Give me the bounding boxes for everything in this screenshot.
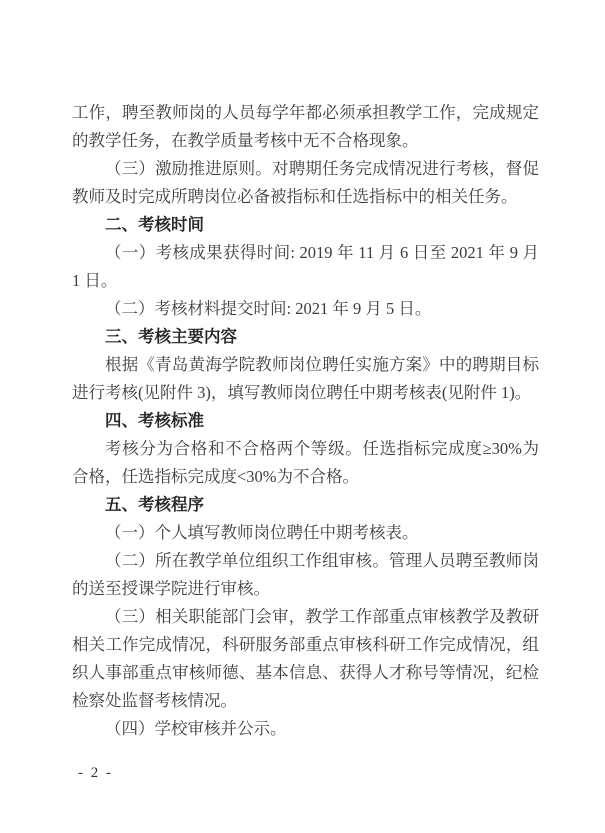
paragraph: 根据《青岛黄海学院教师岗位聘任实施方案》中的聘期目标进行考核(见附件 3)，填写… — [72, 351, 539, 407]
section-heading: 二、考核时间 — [72, 211, 539, 239]
document-body: 工作，聘至教师岗的人员每学年都必须承担教学工作，完成规定的教学任务，在教学质量考… — [72, 99, 539, 743]
page-number: - 2 - — [78, 765, 113, 782]
paragraph: （一）个人填写教师岗位聘任中期考核表。 — [72, 519, 539, 547]
paragraph: 工作，聘至教师岗的人员每学年都必须承担教学工作，完成规定的教学任务，在教学质量考… — [72, 99, 539, 155]
paragraph: （三）激励推进原则。对聘期任务完成情况进行考核，督促教师及时完成所聘岗位必备被指… — [72, 155, 539, 211]
paragraph: （二）所在教学单位组织工作组审核。管理人员聘至教师岗的送至授课学院进行审核。 — [72, 547, 539, 603]
section-heading: 三、考核主要内容 — [72, 323, 539, 351]
document-page: 工作，聘至教师岗的人员每学年都必须承担教学工作，完成规定的教学任务，在教学质量考… — [0, 0, 605, 833]
paragraph: （二）考核材料提交时间: 2021 年 9 月 5 日。 — [72, 295, 539, 323]
section-heading: 四、考核标准 — [72, 407, 539, 435]
paragraph: 考核分为合格和不合格两个等级。任选指标完成度≥30%为合格，任选指标完成度<30… — [72, 435, 539, 491]
paragraph: （四）学校审核并公示。 — [72, 715, 539, 743]
section-heading: 五、考核程序 — [72, 491, 539, 519]
paragraph: （一）考核成果获得时间: 2019 年 11 月 6 日至 2021 年 9 月… — [72, 239, 539, 295]
paragraph: （三）相关职能部门会审，教学工作部重点审核教学及教研相关工作完成情况，科研服务部… — [72, 603, 539, 715]
